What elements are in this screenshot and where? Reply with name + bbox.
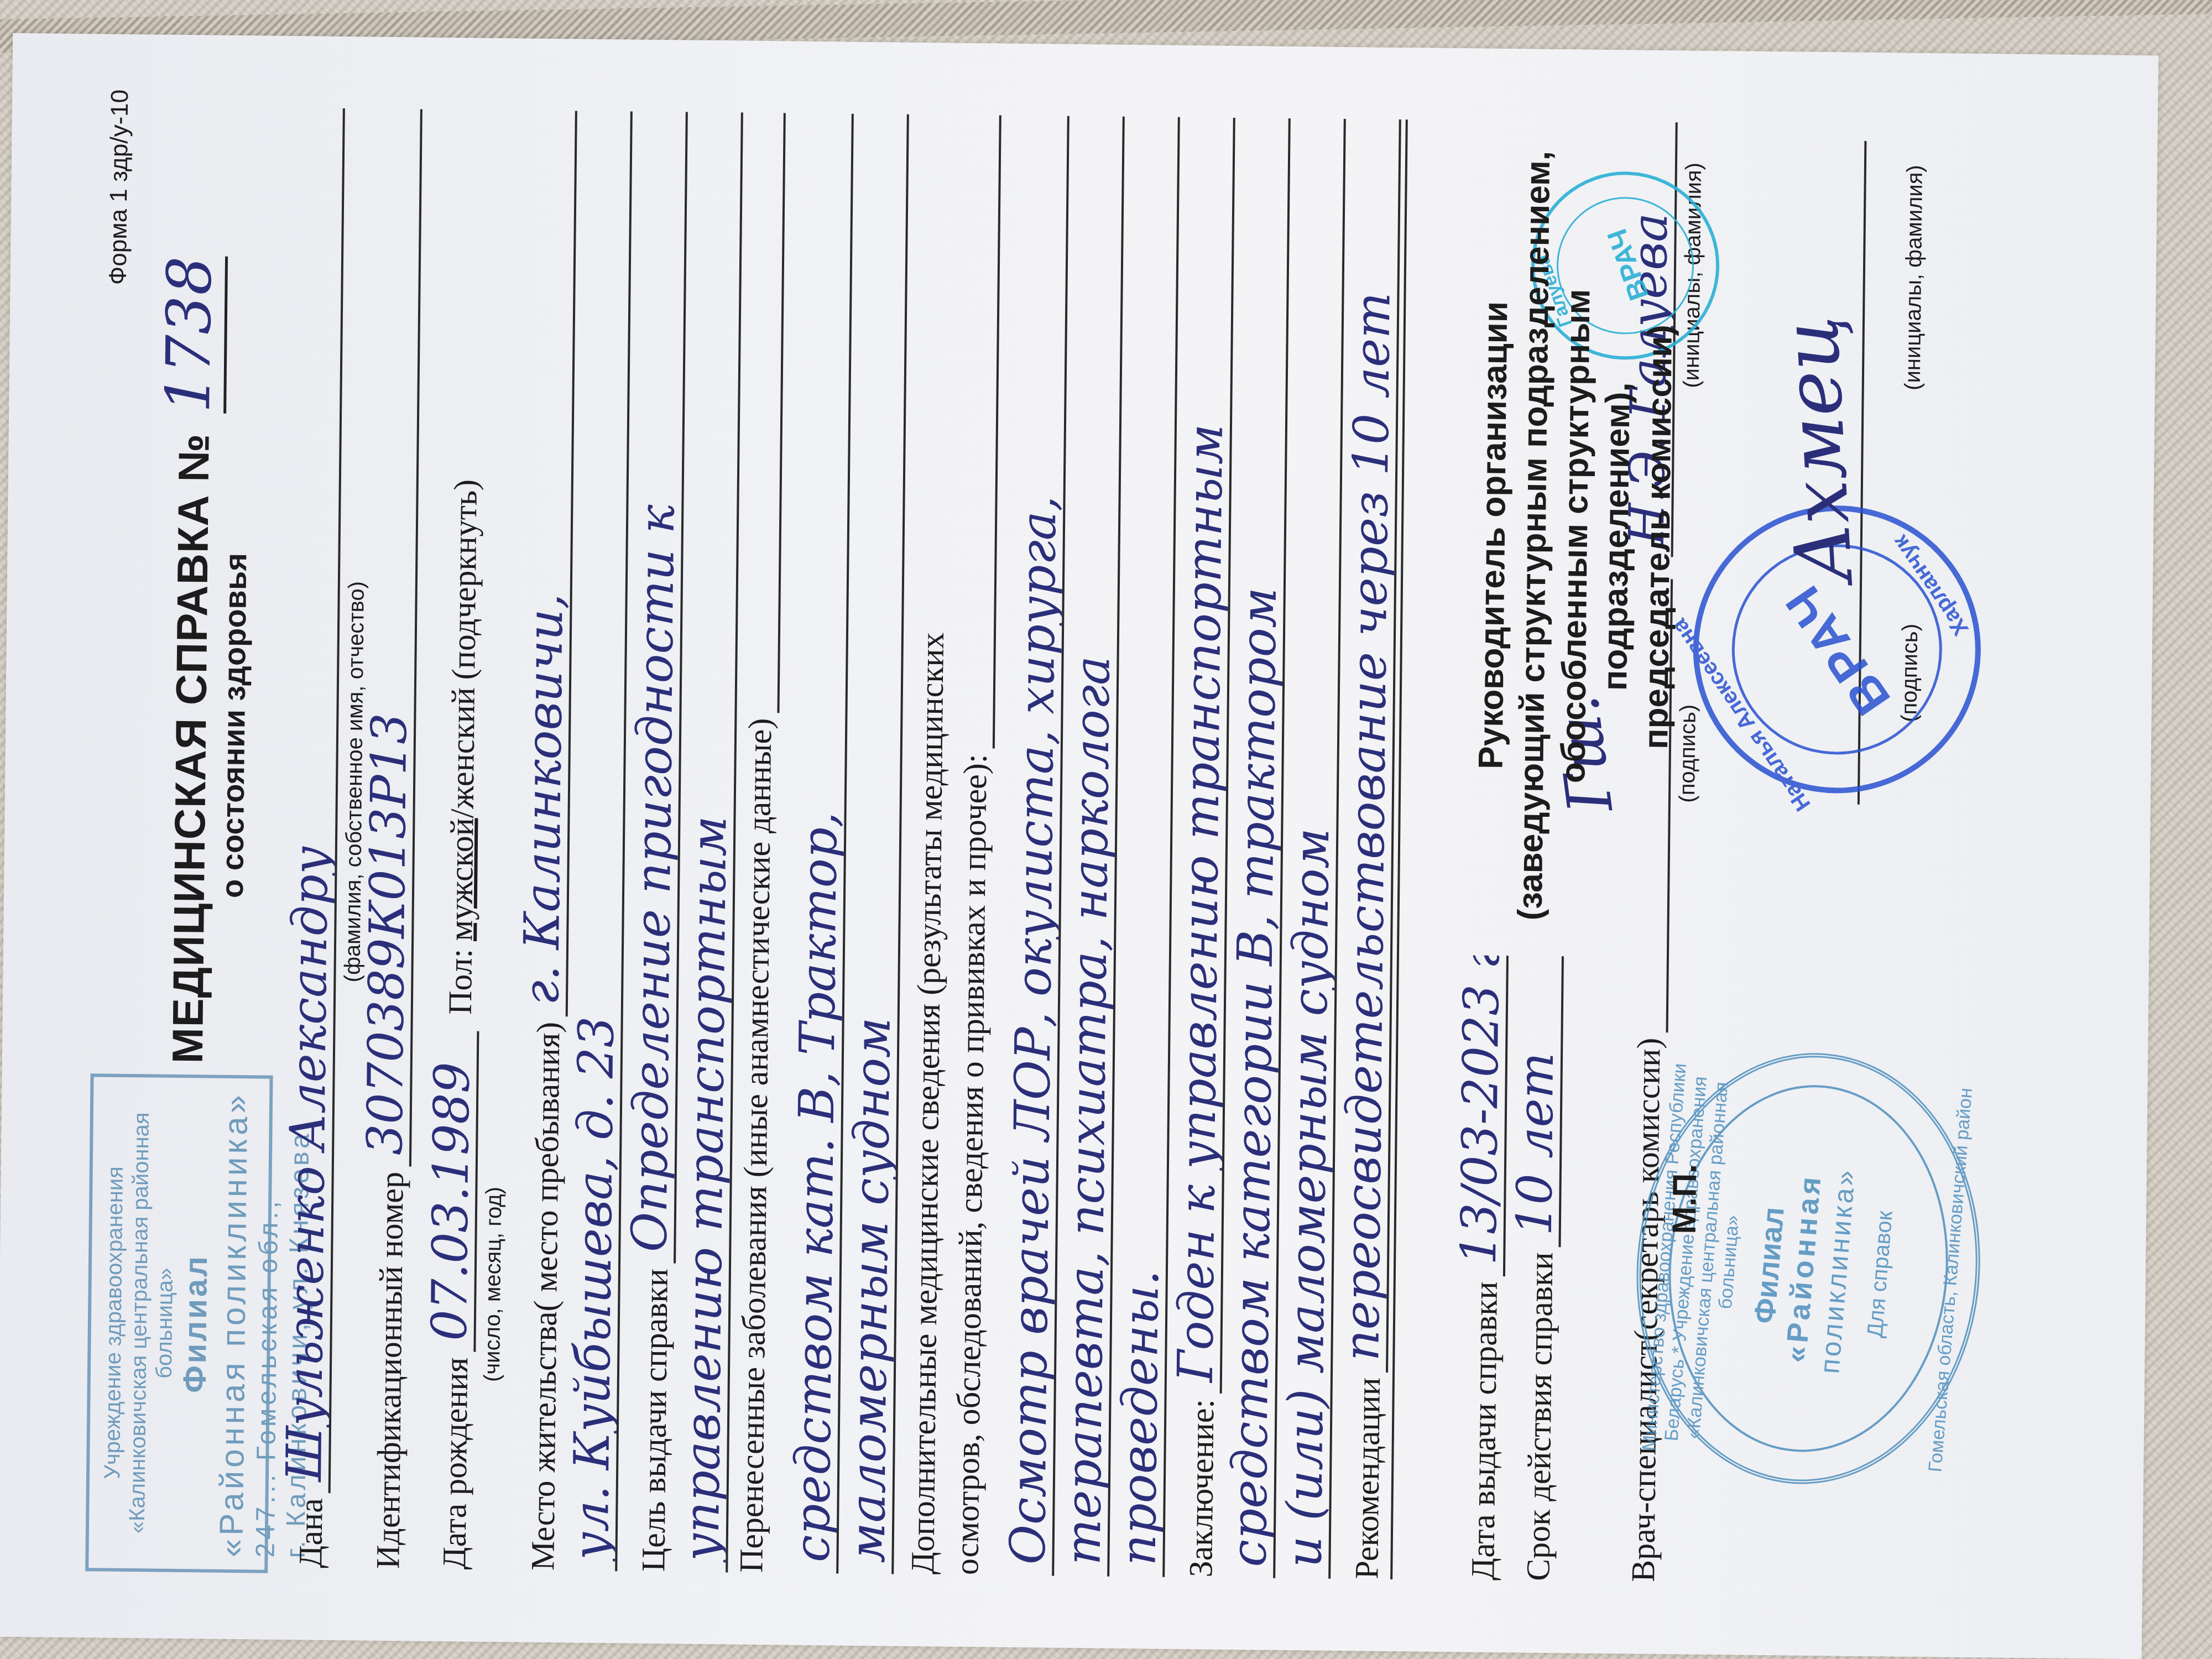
medical-certificate-form: Учреждение здравоохранения «Калинковичск…: [46, 56, 2108, 1637]
certificate-title: МЕДИЦИНСКАЯ СПРАВКА № 1738: [146, 255, 228, 1064]
additional-line-2: терапевта, психиатра, нарколога: [1058, 116, 1125, 1577]
residence-row: Место жительства( место пребывания) г. К…: [511, 110, 577, 1571]
paper-sheet: Учреждение здравоохранения «Калинковичск…: [0, 33, 2158, 1659]
issue-date: 13/03-2023 г.: [1454, 955, 1509, 1276]
sex-selected: мужской: [442, 818, 480, 941]
additional-line-3: проведены.: [1114, 117, 1180, 1577]
id-row: Идентификационный номер 3070389К013Р13: [356, 109, 422, 1569]
certificate-subtitle: о состоянии здоровья: [214, 553, 254, 899]
issue-date-row: Дата выдачи справки 13/03-2023 г.: [1451, 955, 1509, 1580]
institution-header-stamp: Учреждение здравоохранения «Калинковичск…: [85, 1073, 273, 1573]
form-code: Форма 1 здр/у-10: [105, 90, 134, 285]
dob-value: 07.03.1989: [425, 1031, 479, 1352]
validity-value: 10 лет: [1510, 956, 1564, 1247]
sex-options: мужской/женский: [442, 687, 483, 941]
conclusion-row: Заключение: Годен к управлению транспорт…: [1169, 117, 1235, 1578]
additional-line-1: Осмотр врачей ЛОР, окулиста, хирурга,: [1003, 116, 1070, 1576]
additional-label-row: Дополнительные медицинские сведения (рез…: [904, 114, 957, 1575]
head-of-organization-block: Руководитель организации (заведующий стр…: [1469, 148, 1683, 925]
dob-hint: (число, месяц, год): [480, 1187, 507, 1382]
validity-row: Срок действия справки 10 лет: [1506, 956, 1564, 1581]
id-number: 3070389К013Р13: [361, 109, 422, 1167]
seal-place-label: М.П.: [1665, 1164, 1704, 1234]
residence-line-2: ул. Куйбышева, д. 23: [566, 111, 633, 1572]
recipient-name: Шульженко Александру: [280, 108, 345, 1493]
head-signature: Ахмец: [1765, 314, 1870, 585]
institution-round-stamp: Министерство здравоохранения Республики …: [1620, 1040, 1997, 1497]
certificate-number: 1738: [153, 255, 228, 413]
recommendations-row: Рекомендации переосвидетельствование чер…: [1335, 119, 1401, 1579]
recipient-row: Дана Шульженко Александру: [279, 108, 345, 1568]
dob-sex-row: Дата рождения 07.03.1989 Пол: мужской/же…: [422, 109, 489, 1570]
purpose-row: Цель выдачи справки Определение пригодно…: [622, 112, 688, 1572]
